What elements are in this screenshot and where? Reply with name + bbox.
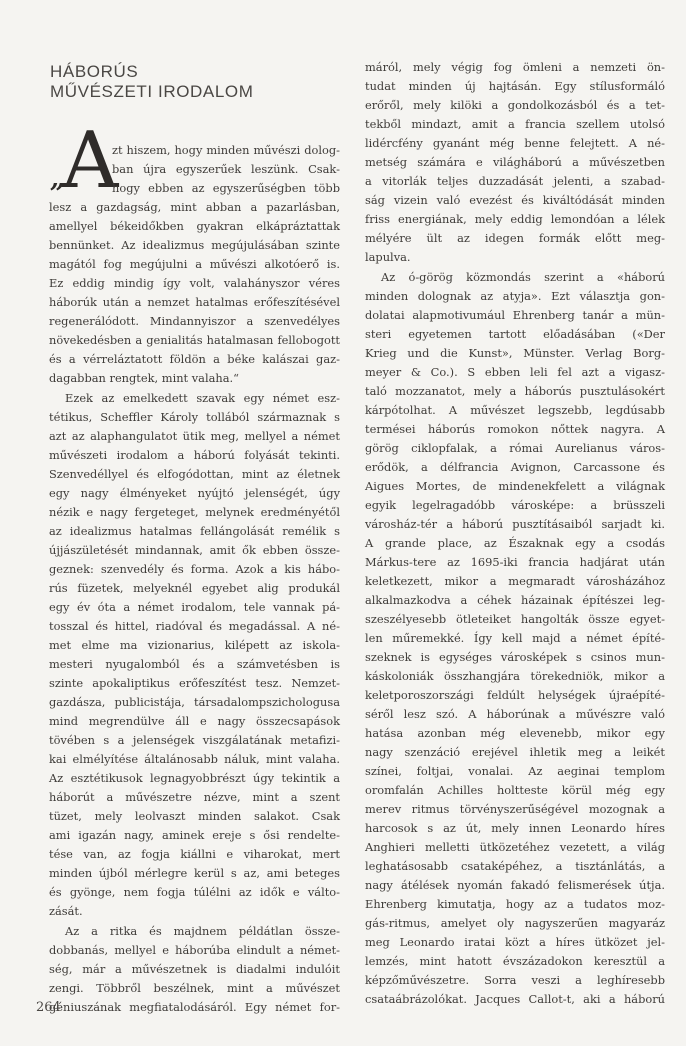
text-line: Aigues Mortes, de mindenekfelett a világ…: [365, 477, 665, 496]
text-line: mesteri nyugalomból és a számvetésben is: [49, 655, 340, 674]
text-line: nagy szenzáció erejével ihletik meg a le…: [365, 743, 665, 762]
text-line: meyer & Co.). S ebben leli fel azt a vig…: [365, 363, 665, 382]
text-line: zengi. Többről beszélnek, mint a művésze…: [49, 979, 340, 998]
text-line: Az ó-görög közmondás szerint a «háború: [365, 268, 665, 287]
text-line: Ehrenberg kimutatja, hogy az a tudatos m…: [365, 895, 665, 914]
text-line: csataábrázolókat. Jacques Callot-t, aki …: [365, 990, 665, 1009]
text-line: len műremekké. Így kell majd a német épí…: [365, 629, 665, 648]
text-line: nagy átélések nyomán fakadó felismerések…: [365, 876, 665, 895]
text-line: egy nagy élményeket nyújtó jelenségét, ú…: [49, 484, 340, 503]
text-line: tétikus, Scheffler Károly tollából szárm…: [49, 408, 340, 427]
text-line: oromfalán Achilles holtteste körül még e…: [365, 781, 665, 800]
text-line: erődök, a délfrancia Avignon, Carcassone…: [365, 458, 665, 477]
text-line: színei, foltjai, vonalai. Az aeginai tem…: [365, 762, 665, 781]
text-line: háborúk után a nemzet hatalmas erőfeszít…: [49, 293, 340, 312]
text-line: A grande place, az Északnak egy a csodás: [365, 534, 665, 553]
text-line: hogy ebben az egyszerűségben több: [49, 179, 340, 198]
text-line: minden újból mérlegre kerül s az, ami be…: [49, 864, 340, 883]
text-line: egy év óta a német irodalom, tele vannak…: [49, 598, 340, 617]
text-line: rús füzetek, melyeknél egyebet alig prod…: [49, 579, 340, 598]
text-line: merev ritmus törvényszerűségével mozogna…: [365, 800, 665, 819]
text-line: kárpótolhat. A művészet legszebb, legdús…: [365, 401, 665, 420]
text-line: alkalmazkodva a céhek házainak építészei…: [365, 591, 665, 610]
text-line: tudat minden új hajtásán. Egy stílusform…: [365, 77, 665, 96]
text-line: szeknek is egységes városképek s csinos …: [365, 648, 665, 667]
text-line: Ez eddig mindig így volt, valahányszor v…: [49, 274, 340, 293]
text-line: növekedésben a genialitás hatalmasan fel…: [49, 331, 340, 350]
text-line: zását.: [49, 902, 340, 921]
text-line: ban újra egyszerűek leszünk. Csak-: [49, 160, 340, 179]
text-line: Az esztétikusok legnagyobbrészt úgy teki…: [49, 769, 340, 788]
text-line: tekből mindazt, amit a francia szellem u…: [365, 115, 665, 134]
text-line: leghatásosabb csataképéhez, a tisztánlát…: [365, 857, 665, 876]
text-line: mélyére ült az idegen formák előtt meg-: [365, 229, 665, 248]
text-line: ság vizein való evezést és kiváltódását …: [365, 191, 665, 210]
article-title: HÁBORÚS MŰVÉSZETI IRODALOM: [50, 62, 254, 102]
text-line: káskoloniák összhangjára törekedniök, mi…: [365, 667, 665, 686]
text-line: és a vérreláztatott földön a béke kalász…: [49, 350, 340, 369]
text-line: metség számára e világháború a művészetb…: [365, 153, 665, 172]
text-line: amellyel békeidőkben gyakran elkápráztat…: [49, 217, 340, 236]
text-line: tövében s a jelenségek viszgálatának met…: [49, 731, 340, 750]
text-line: mind megrendülve áll e nagy összecsapáso…: [49, 712, 340, 731]
text-line: Anghieri melletti ütközetéhez vezetett, …: [365, 838, 665, 857]
text-line: kai elmélyítése általánosabb náluk, mint…: [49, 750, 340, 769]
text-line: regenerálódott. Mindannyiszor a szenvedé…: [49, 312, 340, 331]
text-line: termései háborús romokon nőttek nagyra. …: [365, 420, 665, 439]
book-page: HÁBORÚS MŰVÉSZETI IRODALOM „ A zt hiszem…: [0, 0, 686, 1046]
page-number: 264: [36, 1000, 61, 1015]
text-line: magától fog megújulni a művészi alkotóer…: [49, 255, 340, 274]
text-line: meg Leonardo iratai közt a híres ütközet…: [365, 933, 665, 952]
text-line: met elme ma vizionarius, kilépett az isk…: [49, 636, 340, 655]
text-line: zt hiszem, hogy minden művészi dolog-: [49, 141, 340, 160]
text-line: újjászületését mindannak, amit ők ebben …: [49, 541, 340, 560]
text-line: dolatai alapmotivumául Ehrenberg tanár a…: [365, 306, 665, 325]
text-line: szeszélyesebb ötleteiket hangolták össze…: [365, 610, 665, 629]
text-line: és gyönge, nem fogja túlélni az idők e v…: [49, 883, 340, 902]
text-line: keletporoszországi feldúlt helységek újr…: [365, 686, 665, 705]
text-line: dagabban rengtek, mint valaha.“: [49, 369, 340, 388]
text-line: lesz a gazdagság, mint abban a pazarlásb…: [49, 198, 340, 217]
text-line: geznek: szenvedély és forma. Azok a kis …: [49, 560, 340, 579]
text-line: lidércfény gyanánt még benne felejtett. …: [365, 134, 665, 153]
text-line: tése van, az fogja kiállni e viharokat, …: [49, 845, 340, 864]
text-line: friss energiának, mely eddig lemondóan a…: [365, 210, 665, 229]
text-line: nézik e nagy fergeteget, melynek eredmén…: [49, 503, 340, 522]
text-line: dobbanás, mellyel e háborúba elindult a …: [49, 941, 340, 960]
text-line: azt az alaphangulatot ütik meg, mellyel …: [49, 427, 340, 446]
text-line: ség, már a művészetnek is diadalmi indul…: [49, 960, 340, 979]
text-line: Az a ritka és majdnem példátlan össze-: [49, 922, 340, 941]
text-line: lapulva.: [365, 248, 665, 267]
text-line: harcosok s az út, mely innen Leonardo hí…: [365, 819, 665, 838]
text-line: séről lesz szó. A háborúnak a művészre v…: [365, 705, 665, 724]
text-line: háborút a művészetre nézve, mint a szent: [49, 788, 340, 807]
title-line-1: HÁBORÚS: [50, 62, 254, 82]
text-line: művészeti irodalom a háború folyását tek…: [49, 446, 340, 465]
text-line: a vitorlák teljes duzzadását jelenti, a …: [365, 172, 665, 191]
text-line: hatása azonban még elevenebb, mikor egy: [365, 724, 665, 743]
text-line: Krieg und die Kunst», Münster. Verlag Bo…: [365, 344, 665, 363]
text-line: képzőművészetre. Sorra veszi a leghírese…: [365, 971, 665, 990]
text-line: Szenvedéllyel és elfogódottan, mint az é…: [49, 465, 340, 484]
title-line-2: MŰVÉSZETI IRODALOM: [50, 82, 254, 102]
text-line: ami igazán nagy, aminek ereje s ősi rend…: [49, 826, 340, 845]
text-line: géniuszának megfiatalodásáról. Egy német…: [49, 998, 340, 1017]
text-line: lemzés, mint hatott évszázadokon kereszt…: [365, 952, 665, 971]
text-line: máról, mely végig fog ömleni a nemzeti ö…: [365, 58, 665, 77]
text-line: minden dolognak az atyja». Ezt választja…: [365, 287, 665, 306]
text-line: gazdásza, publicistája, társadalompszich…: [49, 693, 340, 712]
text-line: egyik legelragadóbb városképe: a brüssze…: [365, 496, 665, 515]
text-line: erőről, mely kilöki a gondolkozásból és …: [365, 96, 665, 115]
text-line: az idealizmus hatalmas fellángolását rem…: [49, 522, 340, 541]
text-line: Márkus-tere az 1695-iki francia hadjárat…: [365, 553, 665, 572]
text-line: Ezek az emelkedett szavak egy német esz-: [49, 389, 340, 408]
text-line: steri egyetemen tartott előadásában («De…: [365, 325, 665, 344]
text-line: városház-tér a háború pusztításaiból sar…: [365, 515, 665, 534]
text-line: taló mozzanatot, mely a háborús pusztulá…: [365, 382, 665, 401]
text-line: keletkezett, mikor a megmaradt városházá…: [365, 572, 665, 591]
text-line: tüzet, mely leolvaszt minden salakot. Cs…: [49, 807, 340, 826]
text-line: görög ciklopfalak, a római Aurelianus vá…: [365, 439, 665, 458]
text-line: bennünket. Az idealizmus megújulásában s…: [49, 236, 340, 255]
text-line: tosszal és hittel, riadóval és megadássa…: [49, 617, 340, 636]
text-line: gás-ritmus, amelyet oly nagyszerűen magy…: [365, 914, 665, 933]
text-line: szinte apokaliptikus erőfeszítést tesz. …: [49, 674, 340, 693]
